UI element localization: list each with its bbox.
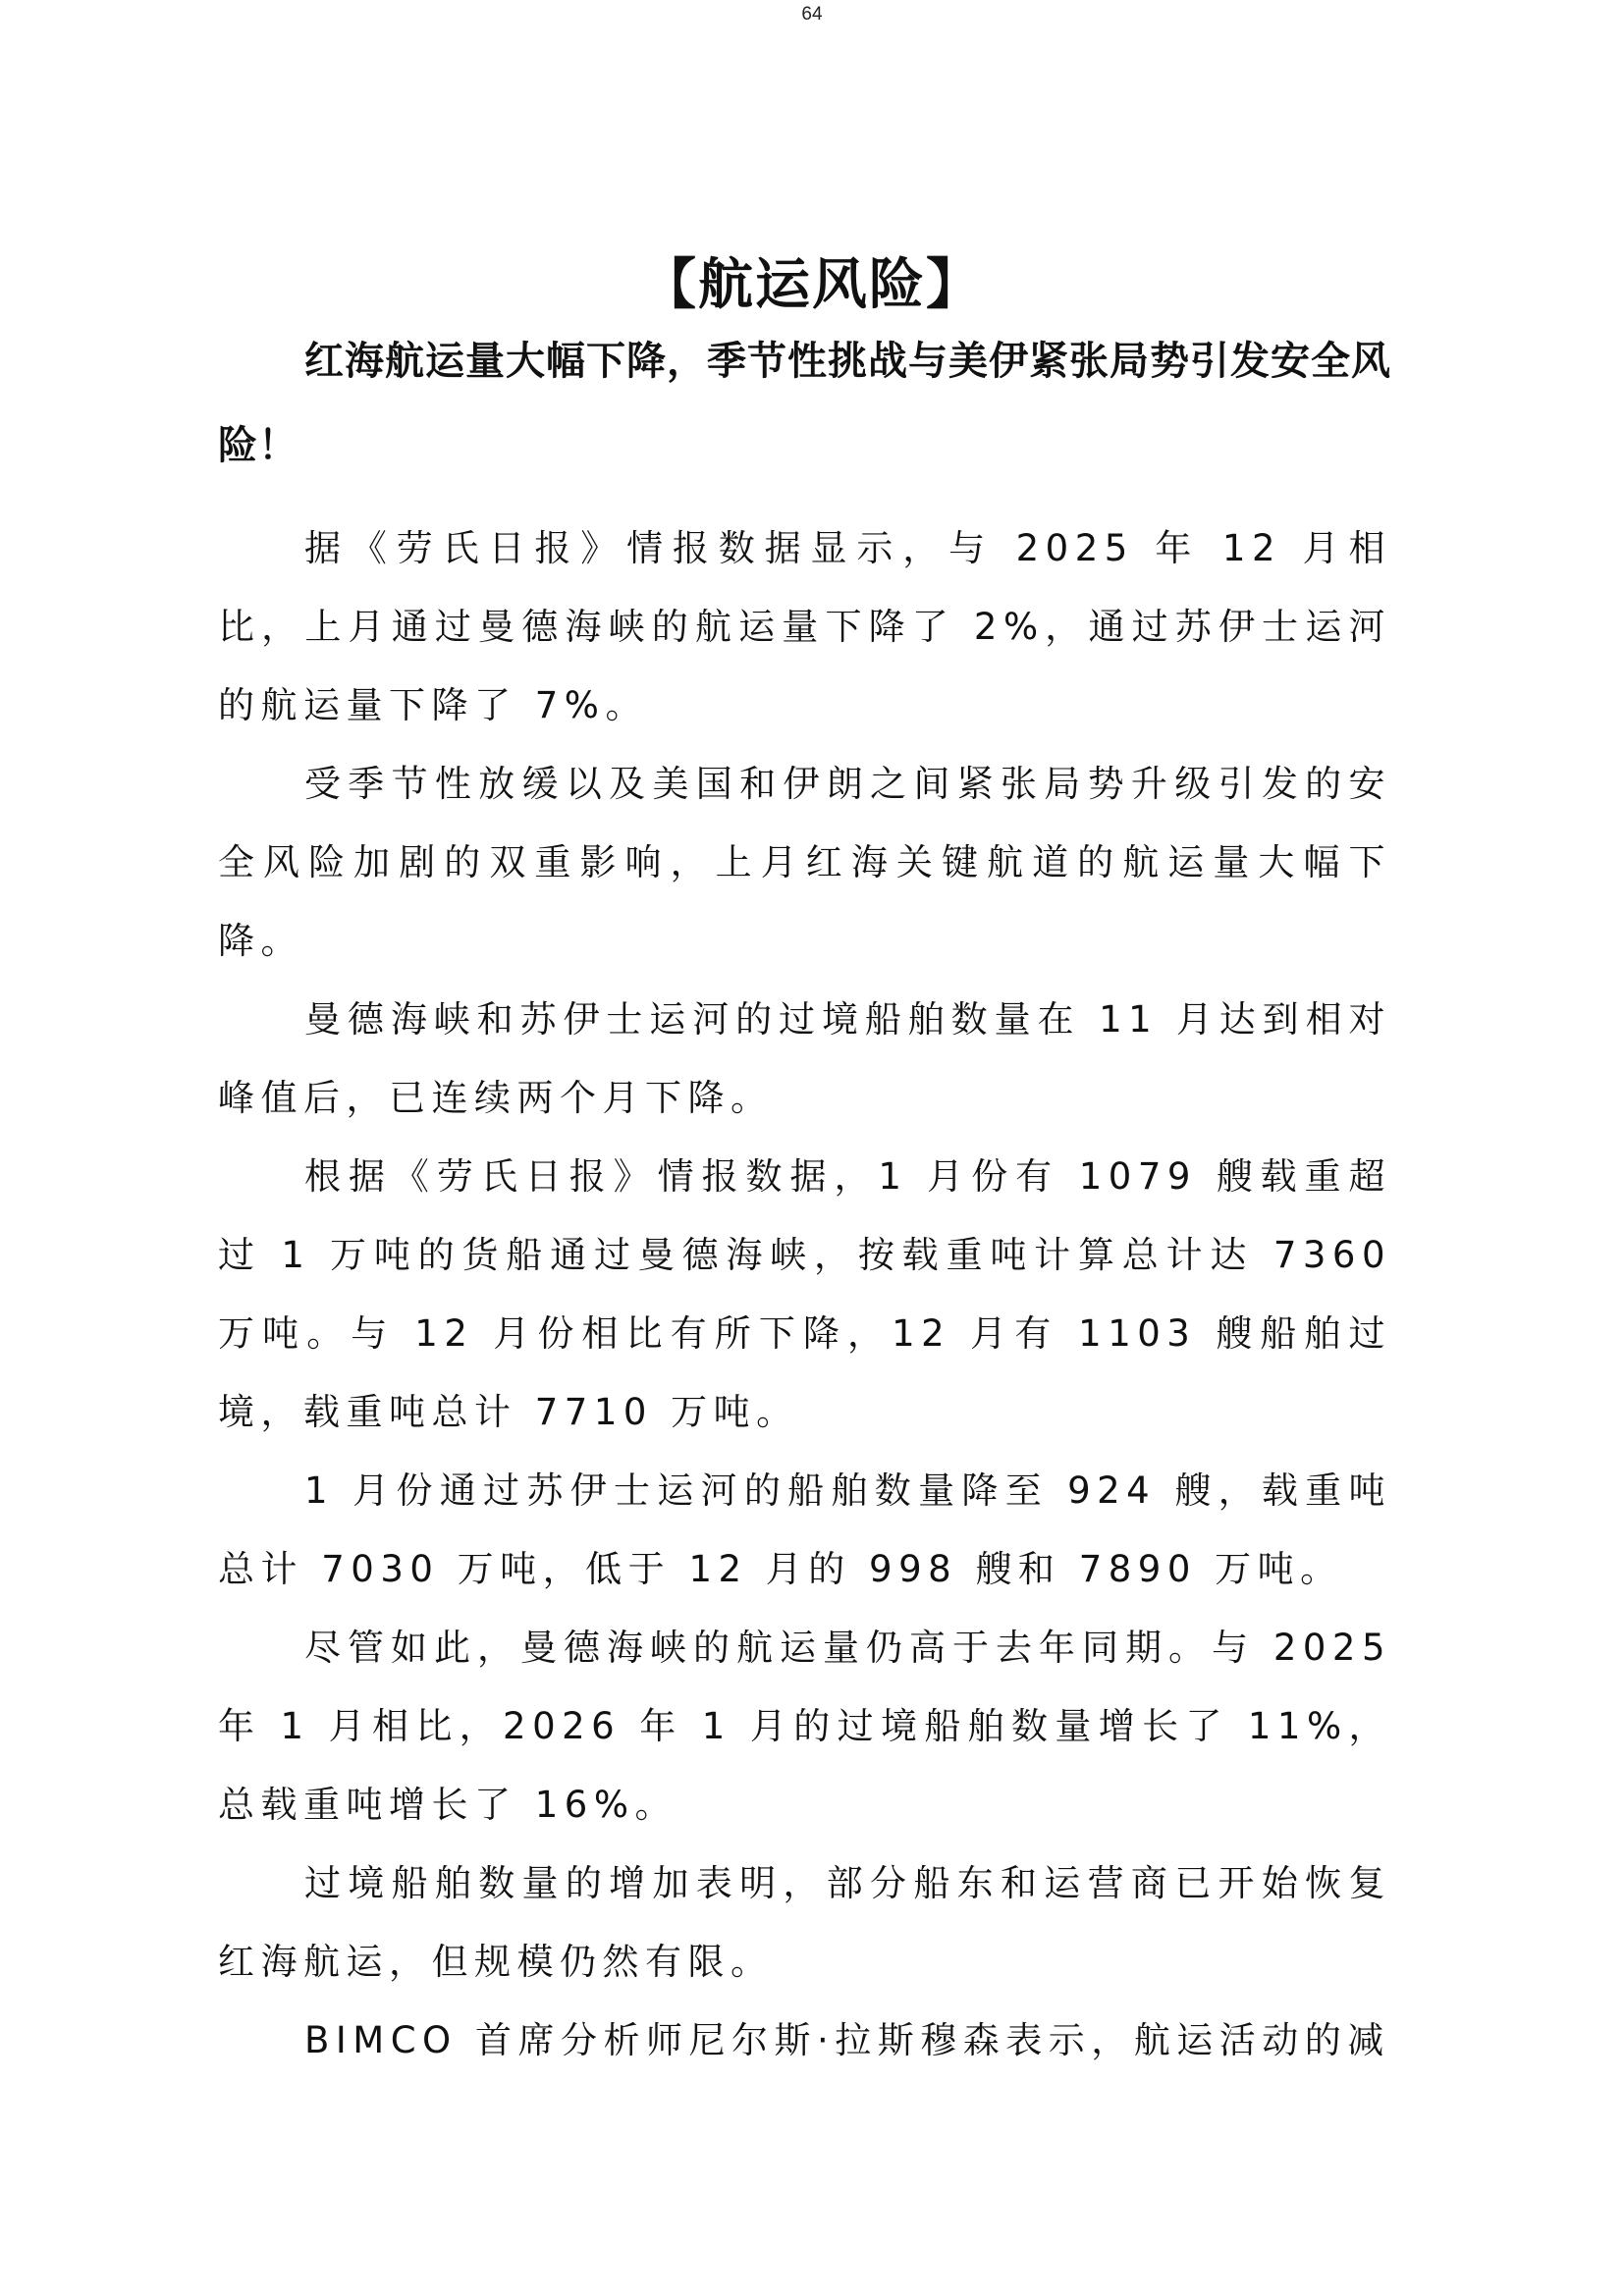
paragraph: 曼德海峡和苏伊士运河的过境船舶数量在 11 月达到相对峰值后，已连续两个月下降。 xyxy=(218,981,1391,1138)
article-body: 红海航运量大幅下降，季节性挑战与美伊紧张局势引发安全风险！ 据《劳氏日报》情报数… xyxy=(218,319,1391,2080)
paragraph: 1 月份通过苏伊士运河的船舶数量降至 924 艘，载重吨总计 7030 万吨，低… xyxy=(218,1452,1391,1609)
paragraph: 根据《劳氏日报》情报数据，1 月份有 1079 艘载重超过 1 万吨的货船通过曼… xyxy=(218,1138,1391,1452)
paragraph: 过境船舶数量的增加表明，部分船东和运营商已开始恢复红海航运，但规模仍然有限。 xyxy=(218,1844,1391,2002)
paragraph: BIMCO 首席分析师尼尔斯·拉斯穆森表示，航运活动的减 xyxy=(218,2002,1391,2080)
paragraph: 受季节性放缓以及美国和伊朗之间紧张局势升级引发的安全风险加剧的双重影响，上月红海… xyxy=(218,745,1391,981)
page-number: 64 xyxy=(0,4,1624,26)
section-title: 【航运风险】 xyxy=(0,241,1624,320)
paragraph: 尽管如此，曼德海峡的航运量仍高于去年同期。与 2025 年 1 月相比，2026… xyxy=(218,1609,1391,1844)
article-headline: 红海航运量大幅下降，季节性挑战与美伊紧张局势引发安全风险！ xyxy=(218,319,1391,488)
paragraph: 据《劳氏日报》情报数据显示，与 2025 年 12 月相比，上月通过曼德海峡的航… xyxy=(218,509,1391,745)
